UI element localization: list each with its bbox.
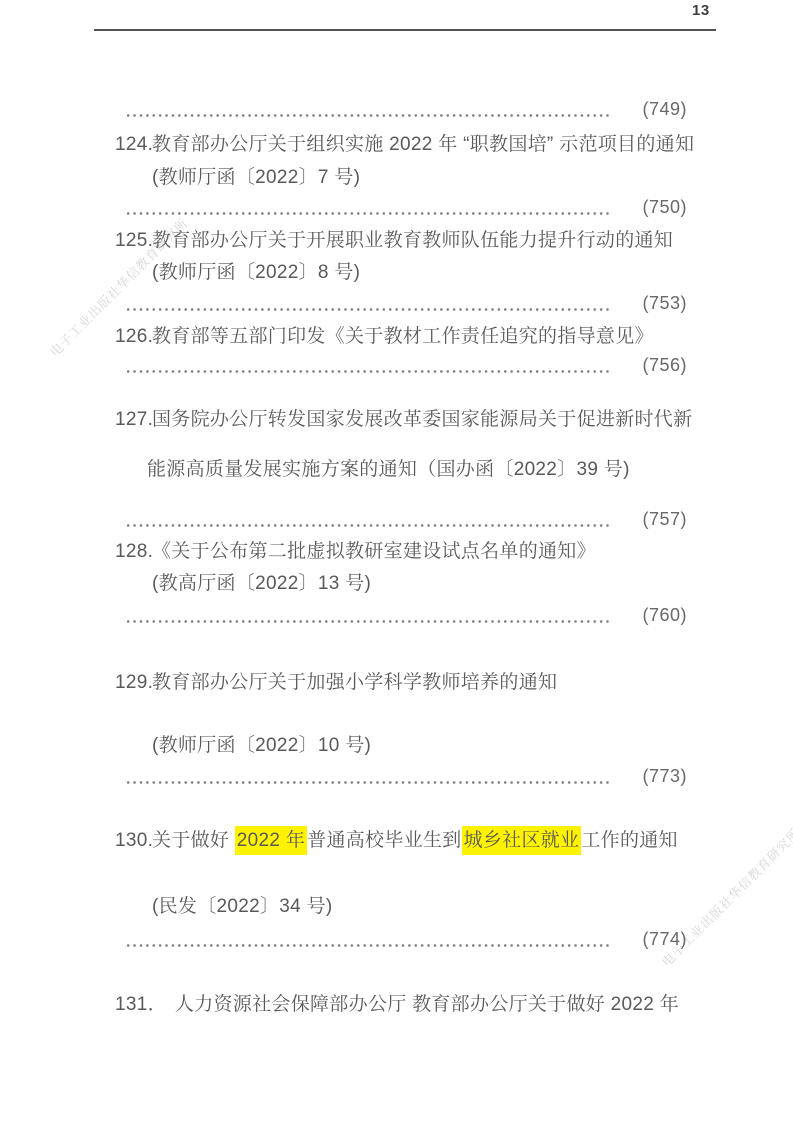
toc-leader-row: (760)	[125, 605, 687, 628]
toc-entry-text: 教育部办公厅关于加强小学科学教师培养的通知	[152, 671, 557, 695]
toc-entry-subtitle: (教师厅函〔2022〕7 号)	[152, 166, 360, 190]
toc-entry-title: 131． 人力资源社会保障部办公厅 教育部办公厅关于做好 2022 年	[115, 993, 763, 1017]
toc-leader-row: (749)	[125, 99, 687, 122]
dotted-leader	[125, 523, 612, 528]
toc-entry-title: 124. 教育部办公厅关于组织实施 2022 年 “职教国培” 示范项目的通知	[115, 133, 763, 157]
header-rule	[94, 29, 716, 31]
toc-entry-number: 124.	[115, 133, 152, 157]
toc-page-number: (756)	[615, 355, 687, 376]
title-segment: 关于做好	[152, 830, 235, 851]
toc-page-number: (753)	[615, 293, 687, 314]
toc-entry-subtitle: (民发〔2022〕34 号)	[152, 895, 333, 919]
toc-page-number: (749)	[615, 99, 687, 120]
toc-entry-title-continuation: 能源高质量发展实施方案的通知（国办函〔2022〕39 号)	[147, 458, 630, 482]
toc-page-number: (760)	[615, 605, 687, 626]
toc-leader-row: (773)	[125, 766, 687, 789]
toc-entry-text: 国务院办公厅转发国家发展改革委国家能源局关于促进新时代新	[152, 408, 692, 432]
toc-entry-text: 《关于公布第二批虚拟教研室建设试点名单的通知》	[152, 540, 596, 564]
search-highlight: 2022 年	[235, 826, 307, 855]
toc-entry-text: 人力资源社会保障部办公厅 教育部办公厅关于做好 2022 年	[175, 993, 679, 1017]
dotted-leader	[125, 307, 612, 312]
toc-entry-subtitle: (教师厅函〔2022〕10 号)	[152, 734, 371, 758]
title-segment: 普通高校毕业生到	[307, 830, 461, 851]
toc-entry-subtitle: (教师厅函〔2022〕8 号)	[152, 261, 360, 285]
toc-entry-subtitle: (教高厅函〔2022〕13 号)	[152, 572, 371, 596]
toc-page-number: (757)	[615, 509, 687, 530]
toc-entry-number: 127.	[115, 408, 152, 432]
title-segment: 工作的通知	[581, 830, 678, 851]
toc-leader-row: (774)	[125, 929, 687, 952]
toc-page-number: (774)	[615, 929, 687, 950]
toc-entry-text: 关于做好 2022 年普通高校毕业生到城乡社区就业工作的通知	[152, 829, 678, 853]
dotted-leader	[125, 780, 612, 785]
toc-entry-title: 125. 教育部办公厅关于开展职业教育教师队伍能力提升行动的通知	[115, 229, 763, 253]
dotted-leader	[125, 943, 612, 948]
document-page: 13 电子工业出版社华信教育研究所 电子工业出版社华信教育研究所 (749) 1…	[0, 0, 793, 1122]
toc-entry-title: 130. 关于做好 2022 年普通高校毕业生到城乡社区就业工作的通知	[115, 829, 763, 853]
toc-entry-title: 126. 教育部等五部门印发《关于教材工作责任追究的指导意见》	[115, 325, 763, 349]
toc-entry-number: 130.	[115, 829, 152, 853]
toc-entry-text: 教育部办公厅关于开展职业教育教师队伍能力提升行动的通知	[152, 229, 673, 253]
dotted-leader	[125, 113, 612, 118]
toc-leader-row: (756)	[125, 355, 687, 378]
toc-entry-title: 128. 《关于公布第二批虚拟教研室建设试点名单的通知》	[115, 540, 763, 564]
toc-entry-text: 教育部等五部门印发《关于教材工作责任追究的指导意见》	[152, 325, 654, 349]
search-highlight: 城乡社区就业	[462, 826, 582, 855]
toc-entry-text: 教育部办公厅关于组织实施 2022 年 “职教国培” 示范项目的通知	[152, 133, 694, 157]
toc-entry-number: 131．	[115, 993, 167, 1017]
dotted-leader	[125, 369, 612, 374]
toc-entry-number: 125.	[115, 229, 152, 253]
toc-entry-number: 128.	[115, 540, 152, 564]
dotted-leader	[125, 211, 612, 216]
page-number: 13	[692, 2, 710, 19]
toc-page-number: (773)	[615, 766, 687, 787]
toc-leader-row: (753)	[125, 293, 687, 316]
toc-entry-number: 126.	[115, 325, 152, 349]
toc-leader-row: (757)	[125, 509, 687, 532]
dotted-leader	[125, 619, 612, 624]
toc-entry-title: 127. 国务院办公厅转发国家发展改革委国家能源局关于促进新时代新	[115, 408, 763, 432]
toc-page-number: (750)	[615, 197, 687, 218]
toc-entry-number: 129.	[115, 671, 152, 695]
toc-entry-title: 129. 教育部办公厅关于加强小学科学教师培养的通知	[115, 671, 763, 695]
toc-leader-row: (750)	[125, 197, 687, 220]
